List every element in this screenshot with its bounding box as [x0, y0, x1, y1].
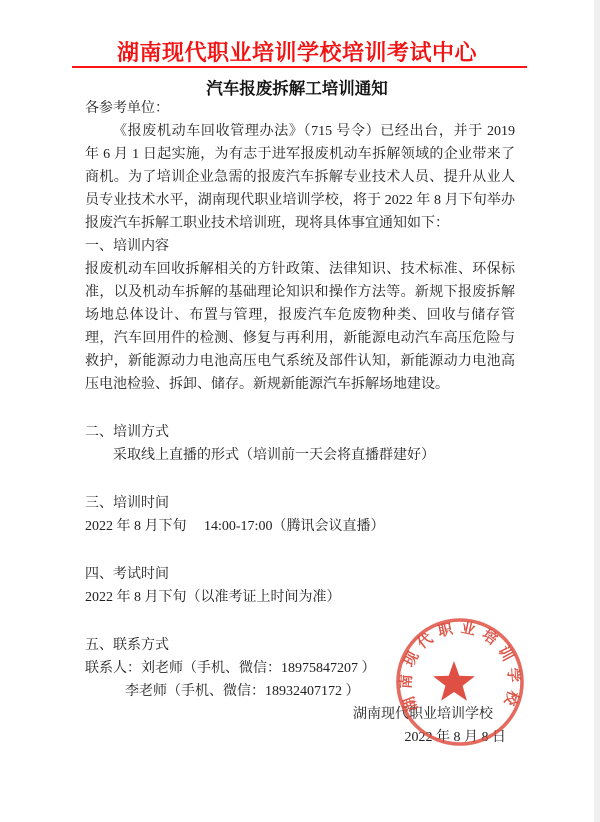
contact-person-2-name: 李老师	[125, 684, 167, 699]
document-title: 湖南现代职业培训学校培训考试中心	[0, 36, 594, 67]
document-page: 湖南现代职业培训学校培训考试中心 汽车报废拆解工培训通知 各参考单位： 《报废机…	[0, 0, 600, 822]
section-body-4: 2022 年 8 月下旬（以准考证上时间为准）	[85, 586, 515, 609]
salutation: 各参考单位：	[85, 97, 515, 120]
signature-organization: 湖南现代职业培训学校	[85, 703, 515, 726]
contact-line-2: 李老师（手机、微信：18932407172 ）	[85, 680, 515, 703]
section-body-1: 报废机动车回收拆解相关的方针政策、法律知识、技术标准、环保标准，以及机动车拆解的…	[85, 258, 515, 396]
contact-line-1: 联系人：刘老师（手机、微信：18975847207 ）	[85, 657, 515, 680]
contact-person-1-detail: （手机、微信：18975847207 ）	[183, 661, 376, 676]
page-edge-strip	[594, 0, 600, 822]
intro-paragraph: 《报废机动车回收管理办法》（715 号令）已经出台，并于 2019 年 6 月 …	[85, 120, 515, 235]
section-heading-4: 四、考试时间	[85, 563, 515, 586]
document-body: 各参考单位： 《报废机动车回收管理办法》（715 号令）已经出台，并于 2019…	[85, 97, 515, 749]
contact-person-2-detail: （手机、微信：18932407172 ）	[167, 684, 360, 699]
signature-date: 2022 年 8 月 8 日	[85, 726, 515, 749]
section-heading-5: 五、联系方式	[85, 634, 515, 657]
section-heading-1: 一、培训内容	[85, 235, 515, 258]
contact-label: 联系人：	[85, 661, 141, 676]
title-underline-rule	[72, 66, 527, 68]
document-subtitle: 汽车报废拆解工培训通知	[0, 75, 594, 99]
section-heading-2: 二、培训方式	[85, 421, 515, 444]
section-body-2: 采取线上直播的形式（培训前一天会将直播群建好）	[85, 444, 515, 467]
section-heading-3: 三、培训时间	[85, 492, 515, 515]
contact-person-1-name: 刘老师	[141, 661, 183, 676]
section-body-3: 2022 年 8 月下旬 14:00-17:00（腾讯会议直播）	[85, 515, 515, 538]
